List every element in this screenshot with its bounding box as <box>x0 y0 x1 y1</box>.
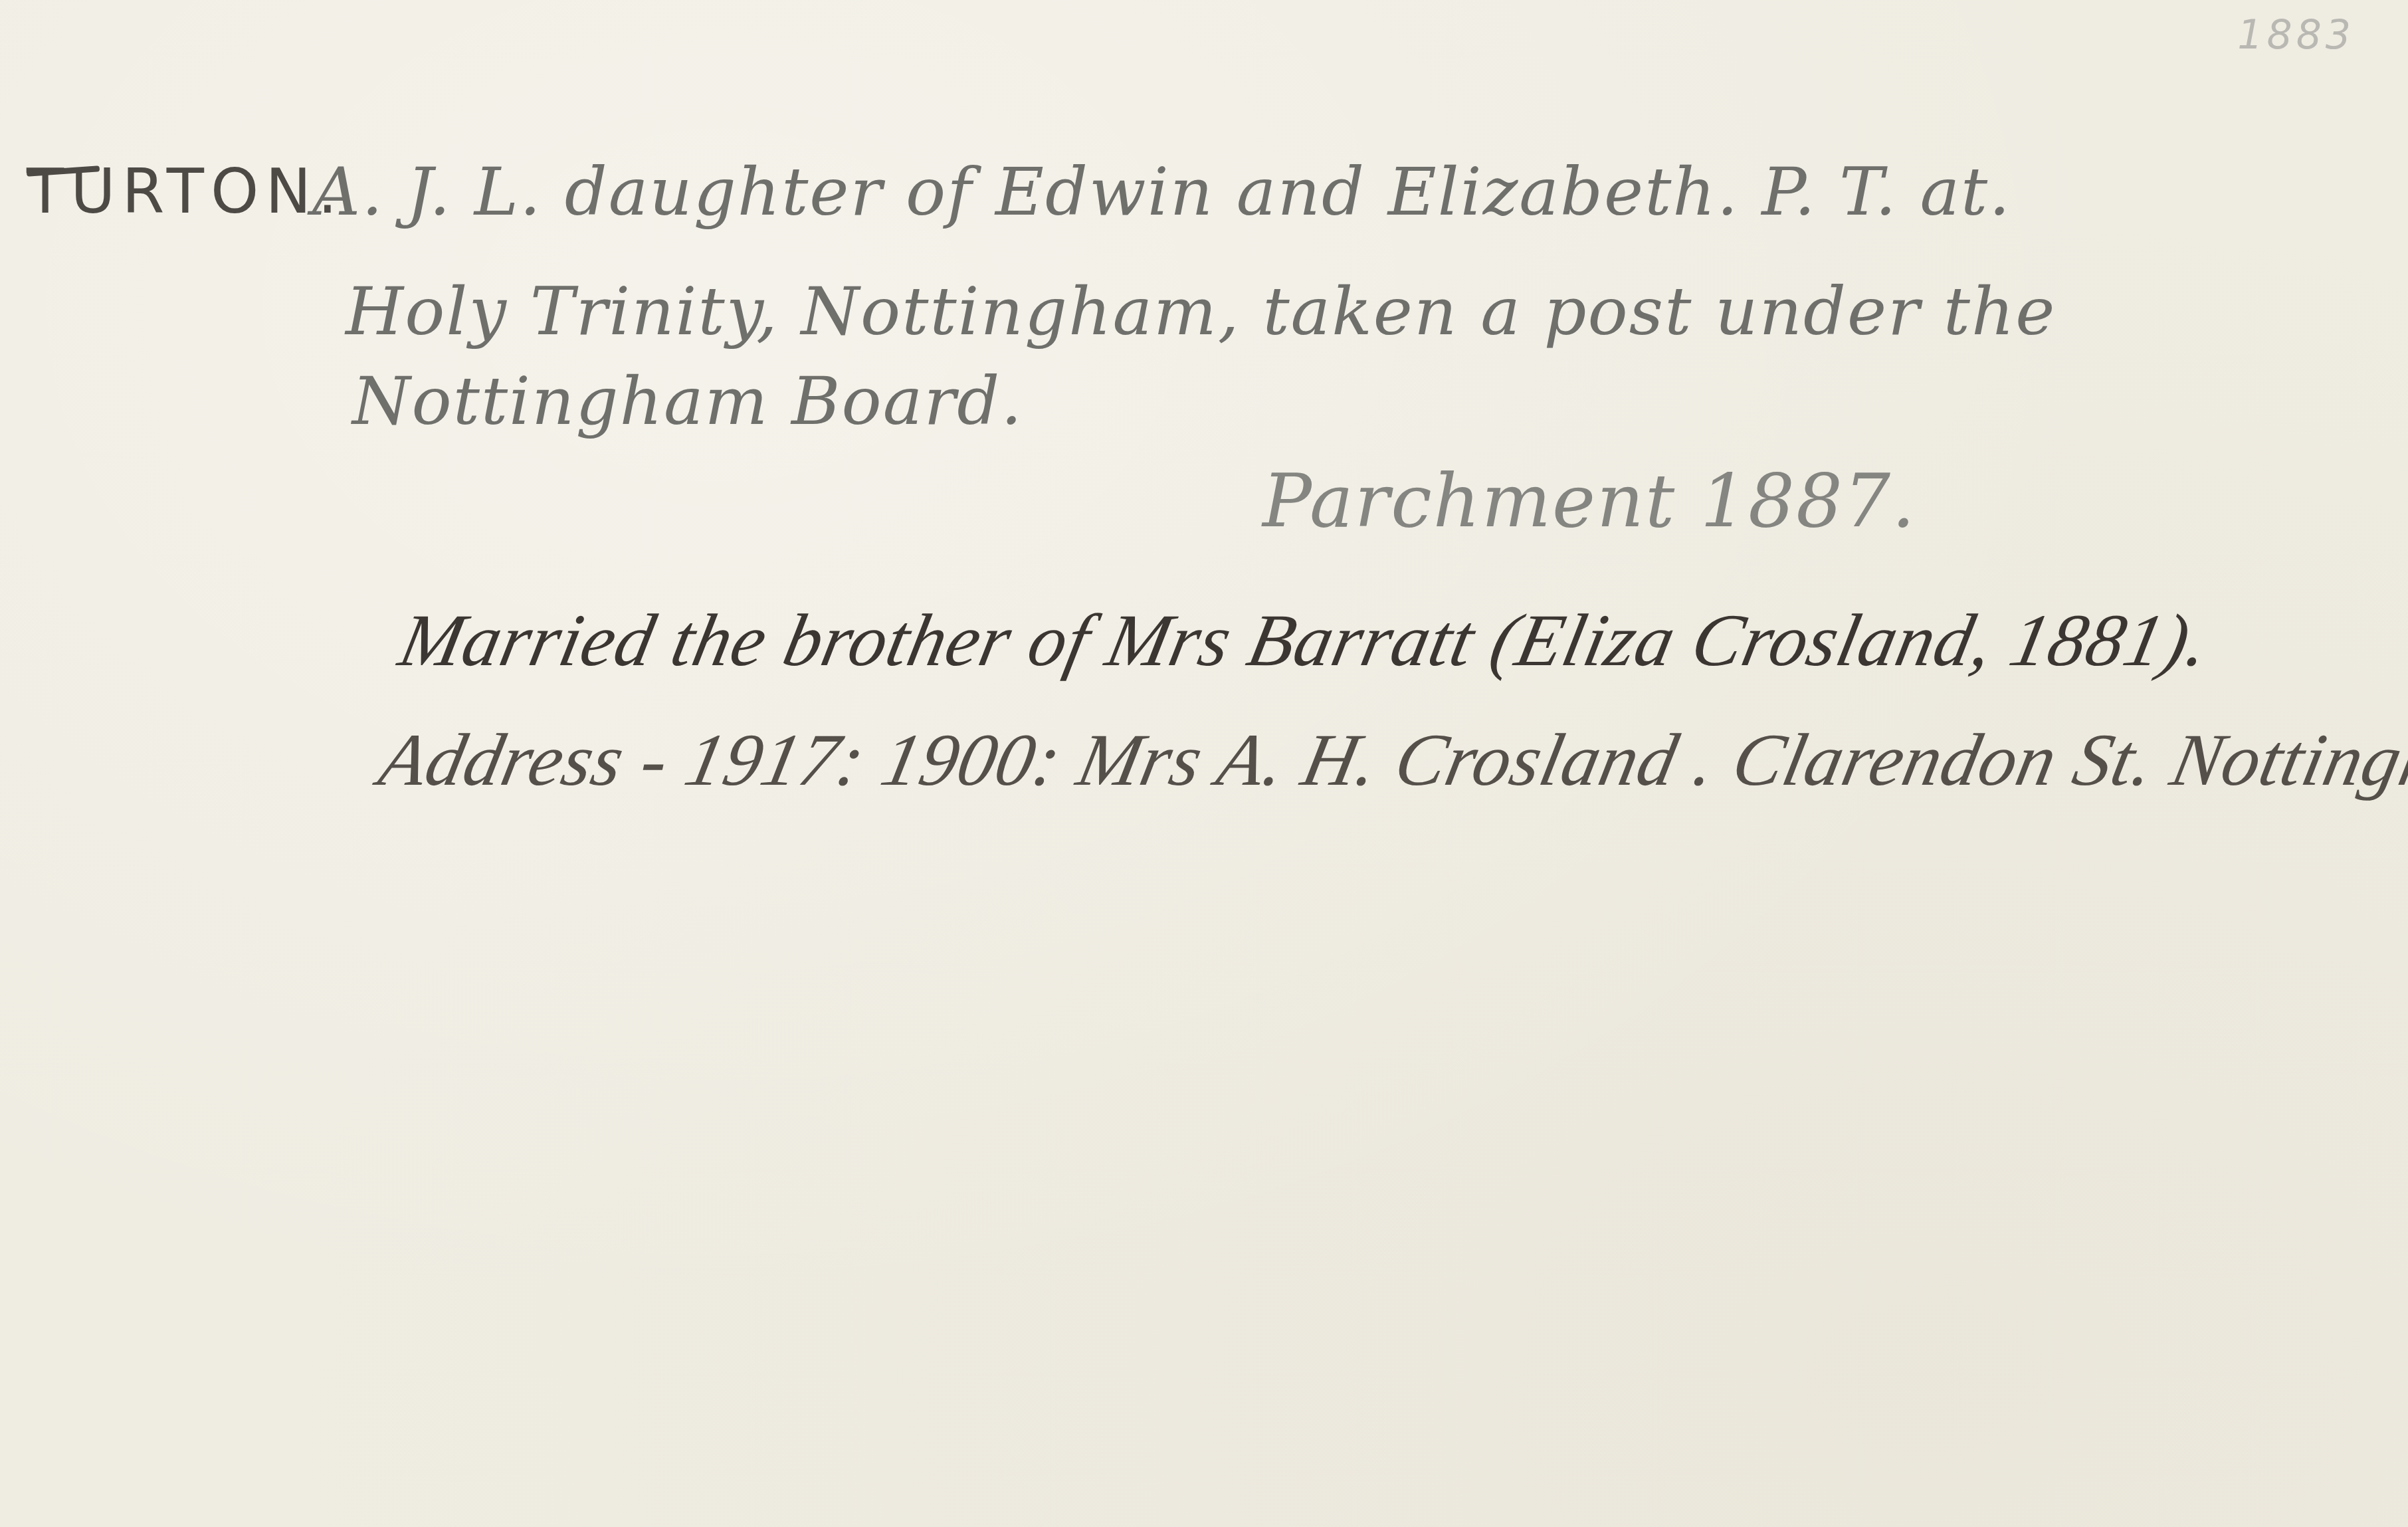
entry-line-3: Nottingham Board. <box>352 362 1023 440</box>
index-card: 1883 TURTON. A. J. L. daughter of Edwin … <box>0 0 2408 1527</box>
corner-year-number: 1883 <box>2237 12 2355 58</box>
entry-line-2: Holy Trinity, Nottingham, taken a post u… <box>346 272 2056 350</box>
surname-heading: TURTON. <box>27 156 344 227</box>
marriage-annotation: Married the brother of Mrs Barratt (Eliz… <box>392 598 2217 684</box>
address-annotation: Address - 1917: 1900: Mrs A. H. Crosland… <box>372 718 2408 803</box>
entry-line-1: A. J. L. daughter of Edwin and Elizabeth… <box>312 153 2011 231</box>
parchment-note: Parchment 1887. <box>1262 458 1916 544</box>
